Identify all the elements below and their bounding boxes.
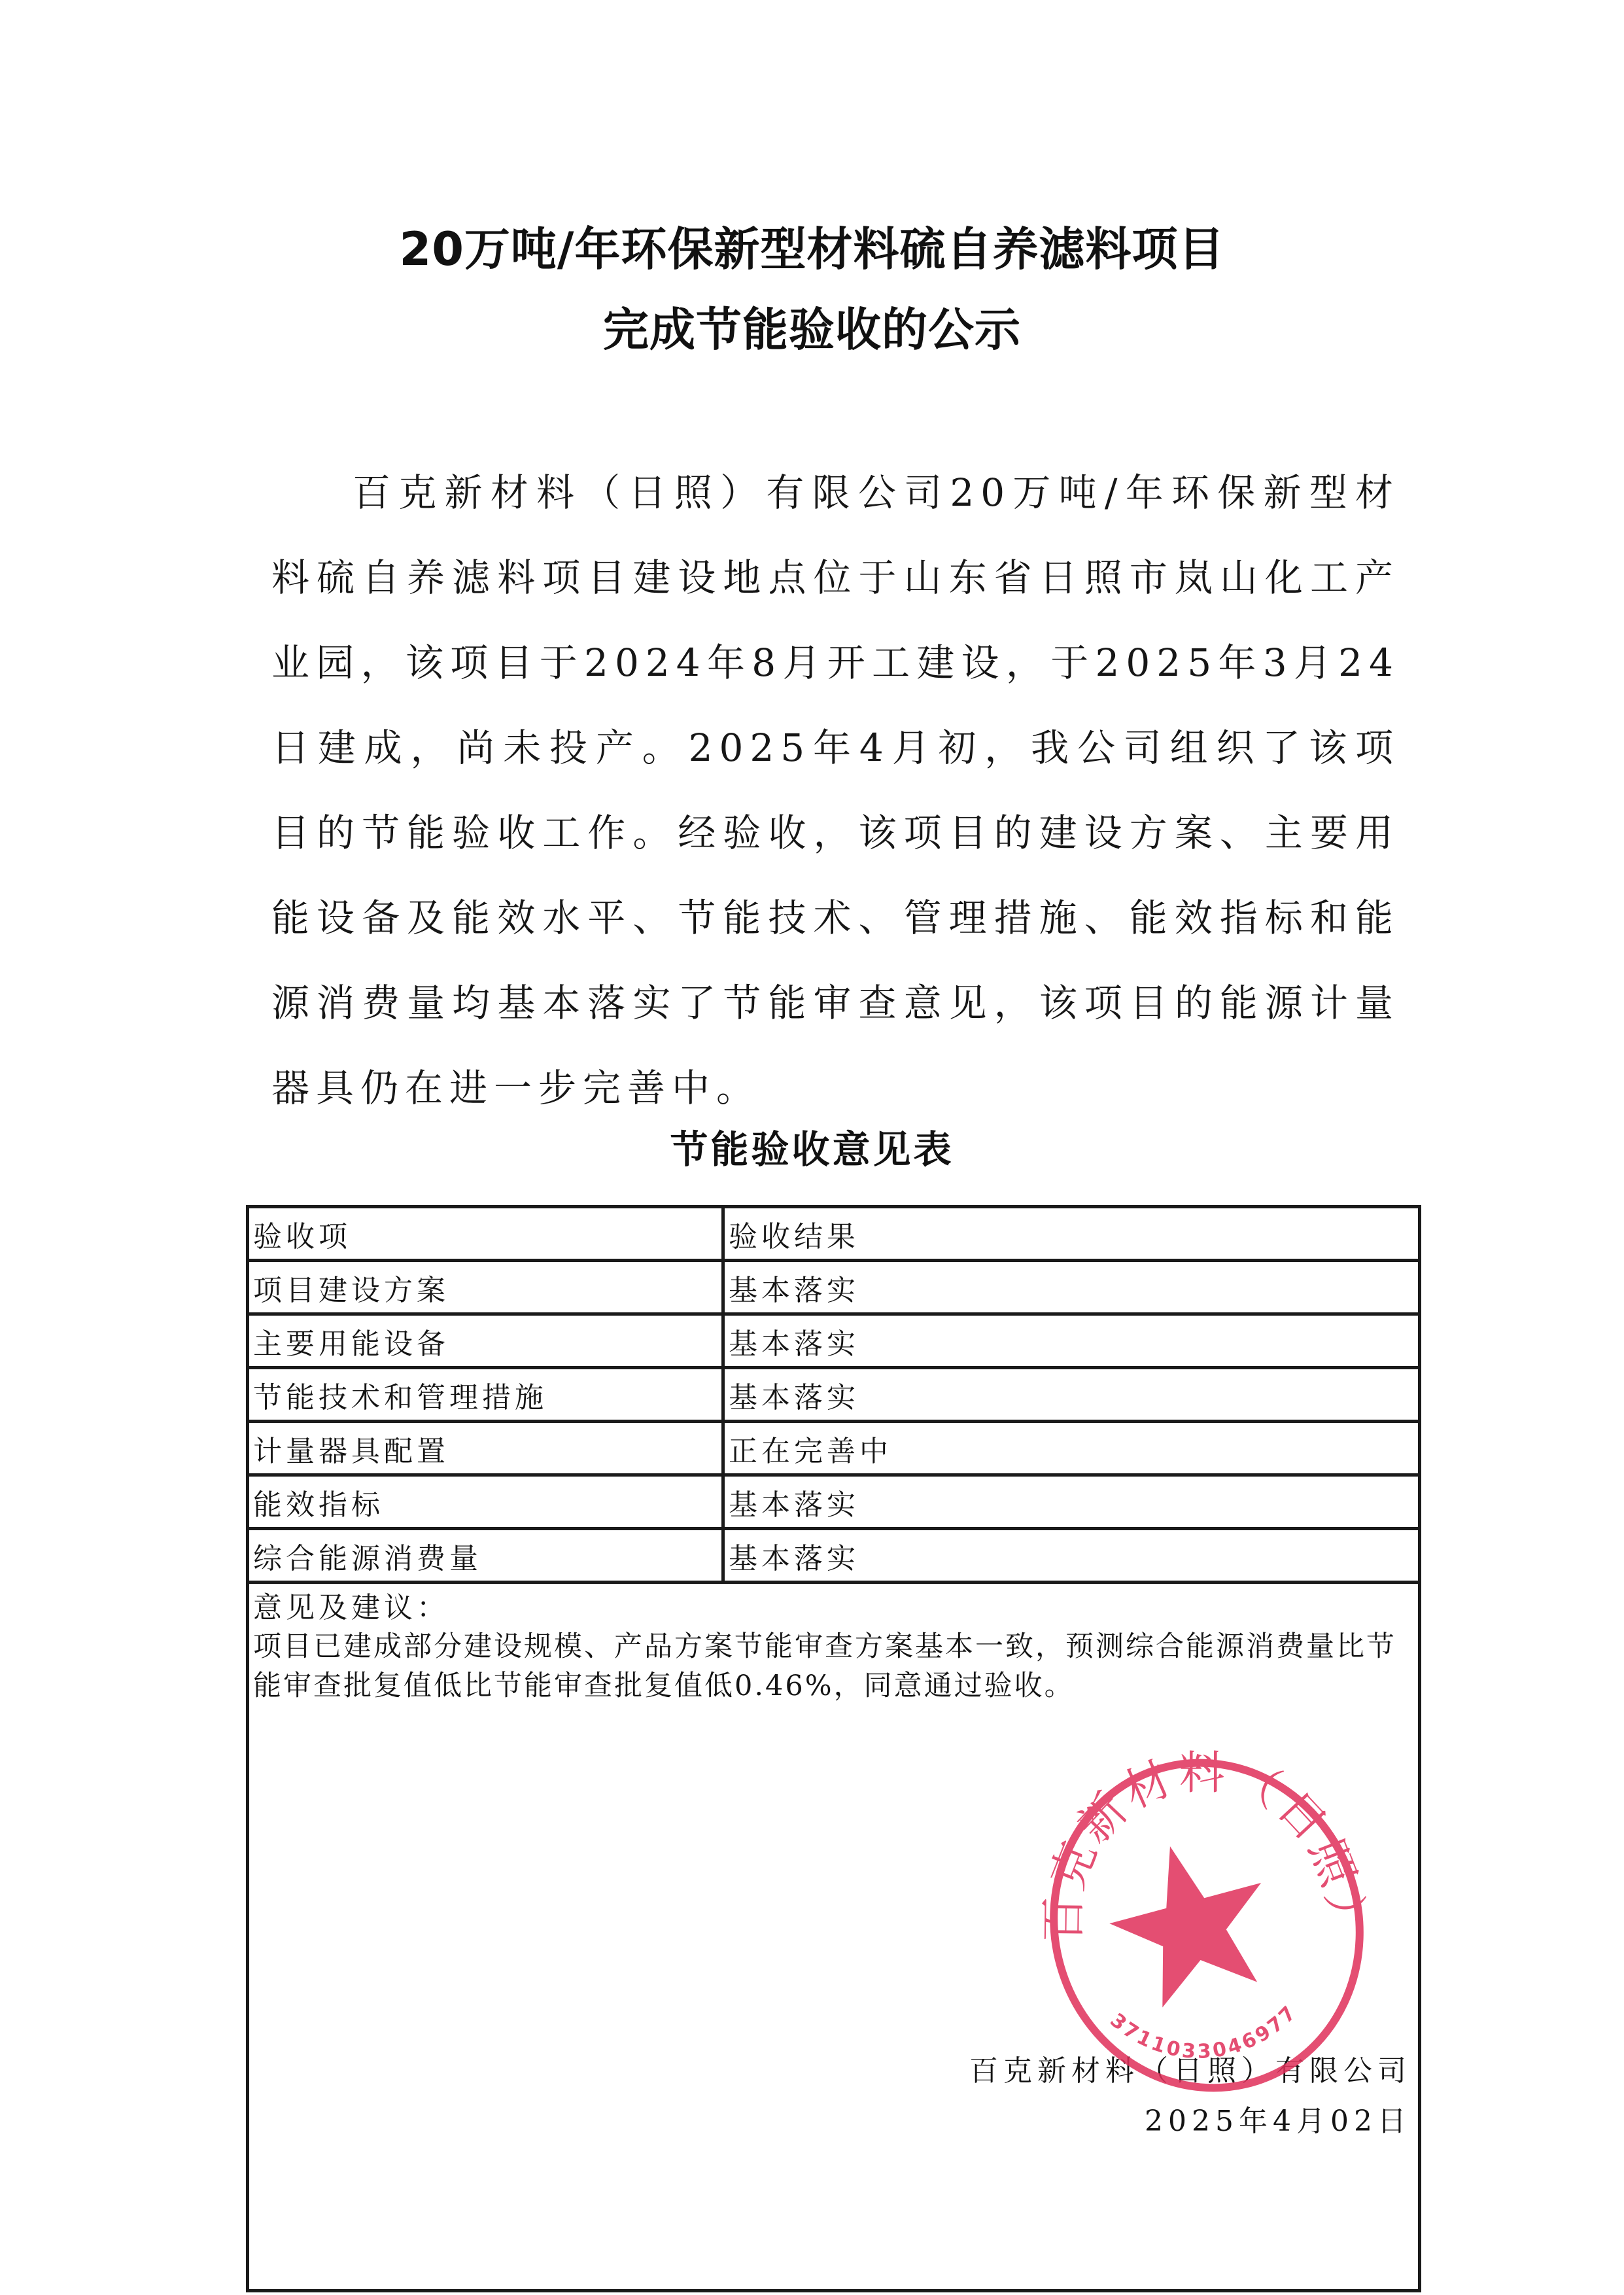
row-item: 主要用能设备	[248, 1314, 723, 1368]
row-item: 综合能源消费量	[248, 1529, 723, 1583]
header-item: 验收项	[248, 1207, 723, 1261]
table-row: 计量器具配置 正在完善中	[248, 1422, 1420, 1475]
row-item: 能效指标	[248, 1475, 723, 1529]
row-result: 基本落实	[723, 1368, 1420, 1422]
row-result: 基本落实	[723, 1314, 1420, 1368]
table-row: 项目建设方案 基本落实	[248, 1261, 1420, 1314]
row-result: 基本落实	[723, 1261, 1420, 1314]
remarks-label: 意见及建议：	[253, 1589, 1414, 1627]
row-item: 计量器具配置	[248, 1422, 723, 1475]
row-result: 基本落实	[723, 1529, 1420, 1583]
body-paragraph: 百克新材料（日照）有限公司20万吨/年环保新型材料硫自养滤料项目建设地点位于山东…	[271, 450, 1400, 1130]
table-header-row: 验收项 验收结果	[248, 1207, 1420, 1261]
table-row: 能效指标 基本落实	[248, 1475, 1420, 1529]
row-result: 基本落实	[723, 1475, 1420, 1529]
remarks-row: 意见及建议： 项目已建成部分建设规模、产品方案节能审查方案基本一致，预测综合能源…	[248, 1583, 1420, 2291]
signature-date: 2025年4月02日	[1145, 2097, 1411, 2139]
table-row: 综合能源消费量 基本落实	[248, 1529, 1420, 1583]
signature-company: 百克新材料（日照）有限公司	[969, 2047, 1411, 2089]
row-result: 正在完善中	[723, 1422, 1420, 1475]
table-row: 主要用能设备 基本落实	[248, 1314, 1420, 1368]
title-line-2: 完成节能验收的公示	[0, 293, 1624, 359]
table-row: 节能技术和管理措施 基本落实	[248, 1368, 1420, 1422]
remarks-text: 项目已建成部分建设规模、产品方案节能审查方案基本一致，预测综合能源消费量比节能审…	[253, 1627, 1414, 1706]
title-line-1: 20万吨/年环保新型材料硫自养滤料项目	[0, 213, 1624, 279]
row-item: 节能技术和管理措施	[248, 1368, 723, 1422]
header-result: 验收结果	[723, 1207, 1420, 1261]
acceptance-opinion-table: 验收项 验收结果 项目建设方案 基本落实 主要用能设备 基本落实 节能技术和管理…	[246, 1205, 1421, 2292]
remarks-cell: 意见及建议： 项目已建成部分建设规模、产品方案节能审查方案基本一致，预测综合能源…	[248, 1583, 1420, 2291]
table-title: 节能验收意见表	[0, 1119, 1624, 1174]
row-item: 项目建设方案	[248, 1261, 723, 1314]
